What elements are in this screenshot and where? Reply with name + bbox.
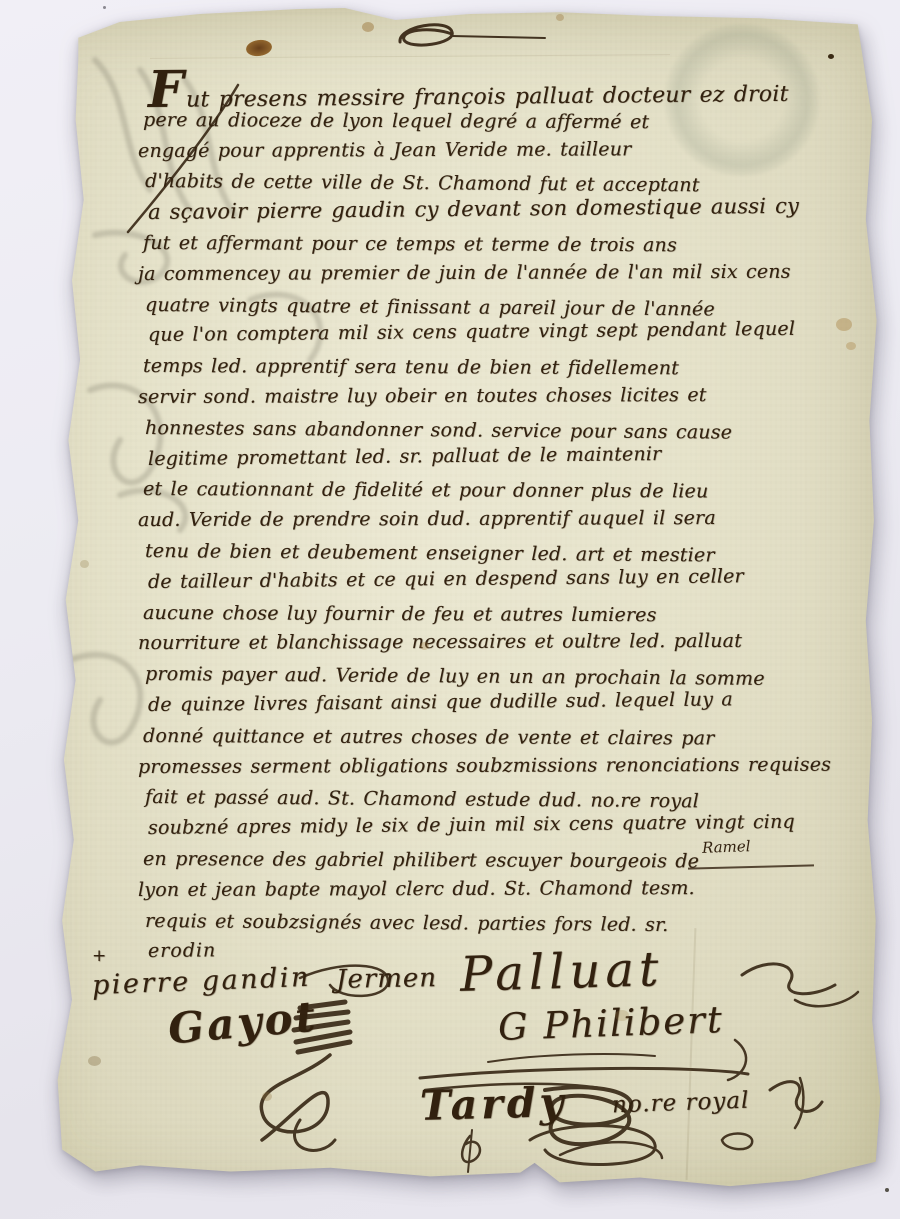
manuscript-line: servir sond. maistre luy obeir en toutes… xyxy=(138,380,854,413)
foxing-spot xyxy=(362,22,374,32)
signature-tardy-notary: Tardy xyxy=(419,1078,567,1130)
manuscript-line: engagé pour apprentis à Jean Veride me. … xyxy=(138,133,854,166)
backdrop-speck xyxy=(103,6,106,9)
manuscript-line: Fut presens messire françois palluat doc… xyxy=(148,67,864,105)
manuscript-line: de quinze livres faisant ainsi que dudil… xyxy=(148,683,864,721)
manuscript-line: aud. Veride de prendre soin dud. apprent… xyxy=(138,503,854,536)
foxing-spot xyxy=(615,1010,629,1021)
ink-dot xyxy=(828,54,834,59)
manuscript-text: Fut presens messire françois palluat doc… xyxy=(148,74,864,967)
manuscript-line: ja commencey au premier de juin de l'ann… xyxy=(138,256,854,289)
manuscript-line: que l'on comptera mil six cens quatre vi… xyxy=(148,314,864,352)
manuscript-line: legitime promettant led. sr. palluat de … xyxy=(148,437,864,475)
foxing-spot xyxy=(420,642,429,650)
foxing-spot xyxy=(80,560,89,568)
manuscript-line: de tailleur d'habits et ce qui en despen… xyxy=(148,560,864,598)
manuscript-line: promesses serment obligations soubzmissi… xyxy=(138,749,854,782)
paper-shadow-wrap: Fut presens messire françois palluat doc… xyxy=(0,0,900,1219)
photo-backdrop: Fut presens messire françois palluat doc… xyxy=(0,0,900,1219)
manuscript-page: Fut presens messire françois palluat doc… xyxy=(0,0,900,1219)
foxing-spot xyxy=(262,1092,272,1101)
foxing-spot xyxy=(836,318,852,331)
signature-palluat: Palluat xyxy=(459,941,664,1003)
manuscript-line: a sçavoir pierre gaudin cy devant son do… xyxy=(148,190,864,228)
foxing-spot xyxy=(846,342,856,350)
foxing-spot xyxy=(556,14,564,21)
manuscript-line: nourriture et blanchissage necessaires e… xyxy=(138,626,854,659)
signature-jermen: Jermen xyxy=(336,963,438,995)
signature-cross-mark: + xyxy=(92,946,106,966)
paper-nick xyxy=(88,1056,101,1066)
signature-notary-title: no.re royal xyxy=(612,1088,750,1119)
manuscript-line: soubzné apres midy le six de juin mil si… xyxy=(148,806,864,844)
interlinear-insertion: Ramel xyxy=(702,837,751,857)
manuscript-line: lyon et jean bapte mayol clerc dud. St. … xyxy=(138,872,854,905)
backdrop-speck xyxy=(885,1188,889,1192)
